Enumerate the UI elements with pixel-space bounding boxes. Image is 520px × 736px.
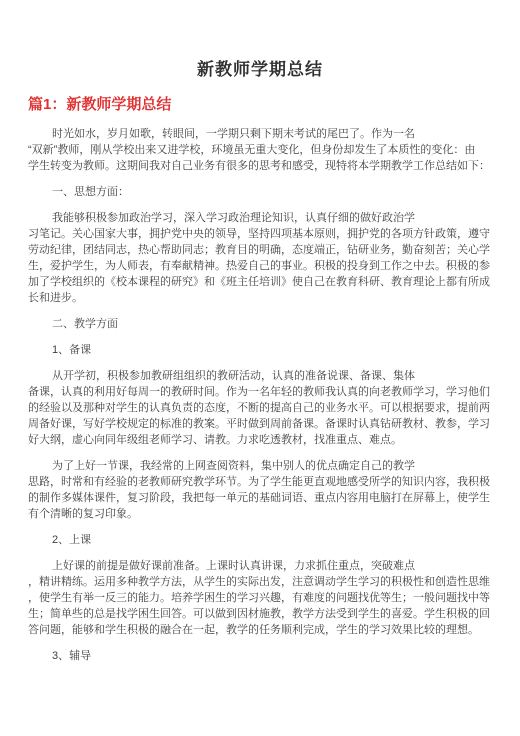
paragraph: 我能够积极参加政治学习，深入学习政治理论知识，认真仔细的做好政治学 习笔记。关心… [28,210,492,306]
document-body: 时光如水，岁月如歌，转眼间，一学期只剩下期末考试的尾巴了。作为一名 “双新”教师… [28,126,492,664]
document-title: 新教师学期总结 [28,58,492,82]
paragraph: 从开学初，积极参加教研组组织的教研活动，认真的准备说课、备课、集体 备课，认真的… [28,368,492,448]
section-subheading: 2、上课 [28,532,492,548]
section-subheading: 一、思想方面： [28,184,492,200]
paragraph: 时光如水，岁月如歌，转眼间，一学期只剩下期末考试的尾巴了。作为一名 “双新”教师… [28,126,492,174]
document-page: 新教师学期总结 篇1：新教师学期总结 时光如水，岁月如歌，转眼间，一学期只剩下期… [0,0,520,736]
part-heading: 篇1：新教师学期总结 [28,94,492,116]
paragraph: 为了上好一节课，我经常的上网查阅资料，集中别人的优点确定自己的教学 思路，时常和… [28,458,492,522]
section-subheading: 3、辅导 [28,648,492,664]
paragraph: 上好课的前提是做好课前准备。上课时认真讲课，力求抓住重点，突破难点 ，精讲精练。… [28,558,492,638]
section-subheading: 1、备课 [28,342,492,358]
section-subheading: 二、教学方面 [28,316,492,332]
